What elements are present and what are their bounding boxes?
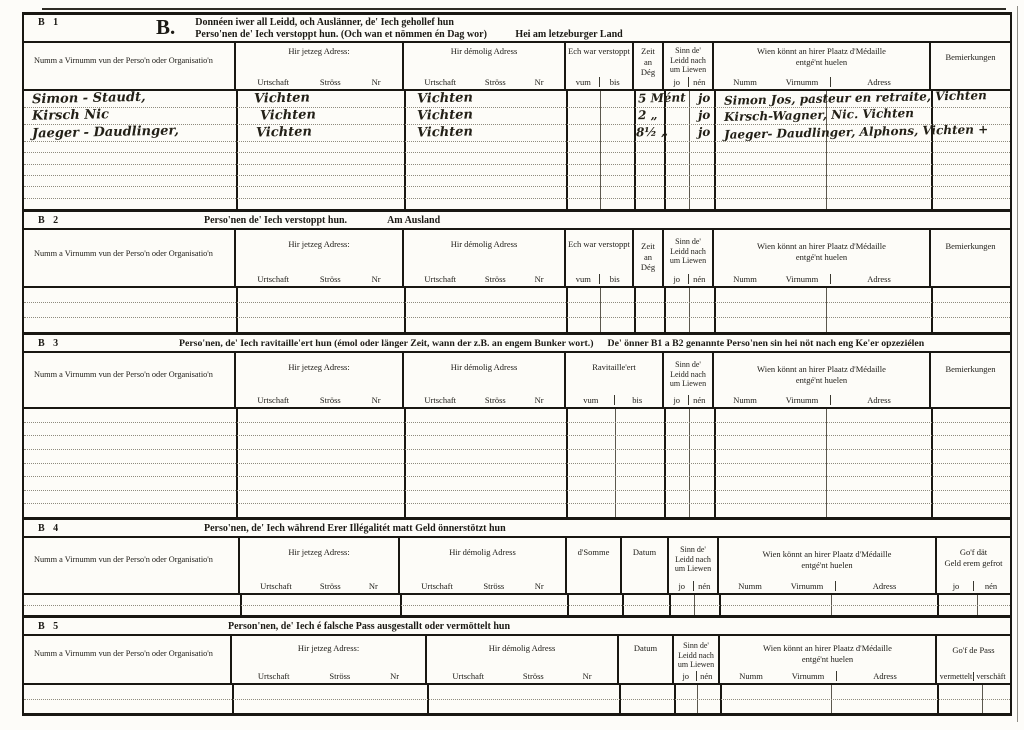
current-address-header: Hir jetzeg Adress:: [238, 356, 400, 373]
gof-geld-line2: Geld erem gefrot: [939, 558, 1008, 569]
sublabel-bis: bis: [599, 274, 631, 284]
col-money-returned: Go'f dät Geld erem gefrot jo nén: [937, 538, 1010, 593]
medal-sublabels: Numm Virnumm Adress: [716, 274, 927, 284]
col-name-header: Numm a Virnumm vun der Perso'n oder Orga…: [26, 46, 232, 65]
sublabel-virnumm: Virnumm: [780, 671, 836, 681]
entry-former-address: Vichten: [404, 108, 566, 124]
col-current-address: Hir jetzeg Adress: Urtschaft Ströss Nr: [232, 636, 427, 683]
sublabel-stross: Ströss: [329, 671, 350, 681]
sinn-line2: Leidd nach: [666, 247, 710, 257]
pass-sublabels: vermettelt verschäft: [939, 672, 1008, 681]
jo-nen-sublabels: jo nén: [666, 395, 710, 405]
sublabel-vermettelt: vermettelt: [939, 672, 973, 681]
col-current-address: Hir jetzeg Adress: Urtschaft Ströss Nr: [236, 353, 404, 407]
sublabel-nen: nén: [688, 77, 711, 87]
remarks-header: Bemierkungen: [933, 46, 1008, 63]
remarks-header: Bemierkungen: [933, 233, 1008, 252]
hidden-period-header: Ech war verstoppt: [568, 46, 630, 57]
sublabel-nr: Nr: [535, 581, 544, 591]
sublabel-jo: jo: [939, 581, 973, 591]
sublabel-nen: nén: [693, 581, 716, 591]
section-b3-subtitle: De' önner B1 a B2 genannte Perso'nen sin…: [608, 338, 925, 349]
col-still-alive: Sinn de' Leidd nach um Liewen jo nén: [674, 636, 720, 683]
entry-medal-recipient: Kirsch-Wagner, Nic. Vichten: [714, 108, 1010, 124]
entry-medal-recipient: Simon Jos, pasteur en retraite, Vichten: [714, 91, 1010, 107]
pass-given-header: Go'f de Pass: [939, 639, 1008, 656]
section-b4-label: B 4: [24, 523, 156, 534]
col-current-address: Hir jetzeg Adress: Urtschaft Ströss Nr: [236, 43, 404, 89]
medal-line1: Wien könnt an hirer Plaatz d'Médaille: [721, 549, 933, 560]
sublabel-adress: Adress: [830, 395, 927, 405]
b1-title-line2: Perso'nen de' Iech verstoppt hun. (Och w…: [195, 29, 487, 40]
sublabel-jo: jo: [676, 671, 696, 681]
sublabel-urtschaft: Urtschaft: [424, 274, 456, 284]
section-b5-label: B 5: [24, 621, 156, 632]
gof-geld-line1: Go'f dät: [939, 547, 1008, 558]
col-former-address: Hir démolig Adress Urtschaft Ströss Nr: [404, 43, 566, 89]
sublabel-nen: nén: [973, 581, 1008, 591]
section-b3-body: [24, 409, 1010, 517]
zeit-header: Zeit an Dég: [636, 46, 660, 78]
datum-header: Datum: [624, 541, 665, 558]
zeit-line3: Dég: [636, 262, 660, 273]
address-sublabels: Urtschaft Ströss Nr: [234, 671, 423, 681]
sinn-line1: Sinn de': [671, 545, 715, 555]
col-name: Numm a Virnumm vun der Perso'n oder Orga…: [24, 230, 236, 286]
still-alive-header: Sinn de' Leidd nach um Liewen: [676, 639, 716, 670]
sublabel-adress: Adress: [830, 274, 927, 284]
sublabel-virnumm: Virnumm: [779, 581, 835, 591]
sublabel-numm: Numm: [716, 77, 774, 87]
entry-name: Kirsch Nic: [24, 108, 236, 124]
money-returned-header: Go'f dät Geld erem gefrot: [939, 541, 1008, 568]
zeit-line1: Zeit: [636, 46, 660, 57]
sublabel-nr: Nr: [583, 671, 592, 681]
ravitailleert-header: Ravitaille'ert: [568, 356, 660, 373]
sublabel-urtschaft: Urtschaft: [257, 77, 289, 87]
sublabel-numm: Numm: [722, 671, 780, 681]
section-b1-body: Simon - Staudt, Vichten Vichten 5 Mént j…: [24, 91, 1010, 209]
col-current-address: Hir jetzeg Adress: Urtschaft Ströss Nr: [236, 230, 404, 286]
b1-title-line1: Donnéen iwer all Leidd, och Auslänner, d…: [195, 17, 622, 29]
section-b4-title: Perso'nen, de' Iech während Erer Illégal…: [204, 523, 506, 534]
jo-nen-sublabels: jo nén: [671, 581, 715, 591]
datum-header: Datum: [621, 639, 670, 654]
entry-duration: 2 „: [634, 108, 664, 124]
entry-duration: 5 Mént: [634, 91, 664, 107]
col-name: Numm a Virnumm vun der Perso'n oder Orga…: [24, 43, 236, 89]
sublabel-urtschaft: Urtschaft: [424, 77, 456, 87]
section-b3-header-row: Numm a Virnumm vun der Perso'n oder Orga…: [24, 353, 1010, 409]
col-remarks: Bemierkungen: [931, 353, 1010, 407]
zeit-header: Zeit an Dég: [636, 233, 660, 273]
scanned-form-page: B 1 B. Donnéen iwer all Leidd, och Auslä…: [0, 0, 1024, 730]
address-sublabels: Urtschaft Ströss Nr: [402, 581, 563, 591]
jo-nen-sublabels: jo nén: [939, 581, 1008, 591]
sublabel-nr: Nr: [372, 395, 381, 405]
col-former-address: Hir démolig Adress Urtschaft Ströss Nr: [400, 538, 567, 593]
sublabel-adress: Adress: [830, 77, 927, 87]
col-name: Numm a Virnumm vun der Perso'n oder Orga…: [24, 538, 240, 593]
section-b5-header-row: Numm a Virnumm vun der Perso'n oder Orga…: [24, 636, 1010, 685]
medal-sublabels: Numm Virnumm Adress: [716, 77, 927, 87]
entry-name: Jaeger - Daudlinger,: [24, 125, 236, 141]
sublabel-urtschaft: Urtschaft: [452, 671, 484, 681]
scan-top-line-artifact: [42, 8, 1006, 10]
former-address-header: Hir démolig Adress: [402, 541, 563, 558]
sinn-line3: um Liewen: [666, 379, 710, 389]
current-address-header: Hir jetzeg Adress:: [238, 46, 400, 57]
zeit-line3: Dég: [636, 67, 660, 78]
current-address-header: Hir jetzeg Adress:: [242, 541, 396, 558]
section-b1: B 1 B. Donnéen iwer all Leidd, och Auslä…: [24, 15, 1010, 209]
medal-line2: entgé'nt huelen: [716, 375, 927, 386]
address-sublabels: Urtschaft Ströss Nr: [242, 581, 396, 591]
vum-bis-sublabels: vum bis: [568, 77, 630, 87]
jo-nen-sublabels: jo nén: [666, 274, 710, 284]
medal-header: Wien könnt an hirer Plaatz d'Médaille en…: [716, 356, 927, 385]
section-b2-title-row: B 2 Perso'nen de' Iech verstoppt hun. Am…: [24, 212, 1010, 230]
sublabel-numm: Numm: [721, 581, 779, 591]
sublabel-urtschaft: Urtschaft: [257, 274, 289, 284]
sublabel-nr: Nr: [535, 77, 544, 87]
sublabel-nr: Nr: [535, 395, 544, 405]
sublabel-virnumm: Virnumm: [774, 77, 830, 87]
somme-header: d'Somme: [569, 541, 618, 558]
sublabel-nr: Nr: [369, 581, 378, 591]
sublabel-nen: nén: [688, 274, 711, 284]
section-b2: B 2 Perso'nen de' Iech verstoppt hun. Am…: [24, 209, 1010, 332]
former-address-header: Hir démolig Adress: [429, 639, 615, 654]
sublabel-numm: Numm: [716, 395, 774, 405]
sublabel-jo: jo: [666, 77, 688, 87]
former-address-header: Hir démolig Adress: [406, 46, 562, 57]
sublabel-urtschaft: Urtschaft: [258, 671, 290, 681]
entry-former-address: Vichten: [404, 91, 566, 107]
col-former-address: Hir démolig Adress Urtschaft Ströss Nr: [404, 230, 566, 286]
section-b1-title: Donnéen iwer all Leidd, och Auslänner, d…: [195, 17, 622, 41]
section-b3-title: Perso'nen, de' Iech ravitaille'ert hun (…: [179, 338, 594, 349]
sublabel-jo: jo: [671, 581, 693, 591]
col-medal-recipient: Wien könnt an hirer Plaatz d'Médaille en…: [714, 43, 931, 89]
sinn-line3: um Liewen: [666, 256, 710, 266]
col-somme: d'Somme: [567, 538, 622, 593]
entry-current-address: Vichten: [236, 91, 404, 107]
sublabel-vum: vum: [568, 395, 614, 405]
still-alive-header: Sinn de' Leidd nach um Liewen: [666, 46, 710, 75]
entry-name: Simon - Staudt,: [24, 91, 236, 107]
col-zeit-an-deg: Zeit an Dég: [634, 230, 664, 286]
sinn-line2: Leidd nach: [666, 370, 710, 380]
section-b4-body: [24, 595, 1010, 615]
section-b2-label: B 2: [24, 215, 156, 226]
sublabel-nr: Nr: [390, 671, 399, 681]
medal-sublabels: Numm Virnumm Adress: [721, 581, 933, 591]
col-medal-recipient: Wien könnt an hirer Plaatz d'Médaille en…: [719, 538, 937, 593]
entry-former-address: Vichten: [404, 125, 566, 141]
sublabel-virnumm: Virnumm: [774, 395, 830, 405]
sublabel-vum: vum: [568, 274, 599, 284]
sublabel-urtschaft: Urtschaft: [257, 395, 289, 405]
sublabel-virnumm: Virnumm: [774, 274, 830, 284]
col-name: Numm a Virnumm vun der Perso'n oder Orga…: [24, 636, 232, 683]
col-remarks: Bemierkungen: [931, 43, 1010, 89]
col-still-alive: Sinn de' Leidd nach um Liewen jo nén: [664, 43, 714, 89]
section-b1-header-row: Numm a Virnumm vun der Perso'n oder Orga…: [24, 43, 1010, 91]
sublabel-stross: Ströss: [320, 395, 341, 405]
address-sublabels: Urtschaft Ströss Nr: [238, 395, 400, 405]
still-alive-header: Sinn de' Leidd nach um Liewen: [671, 541, 715, 574]
sublabel-stross: Ströss: [485, 274, 506, 284]
medal-line1: Wien könnt an hirer Plaatz d'Médaille: [716, 241, 927, 252]
entry-alive-jo: jo: [664, 108, 714, 124]
col-hidden-period: Ech war verstoppt vum bis: [566, 43, 634, 89]
sublabel-stross: Ströss: [320, 274, 341, 284]
address-sublabels: Urtschaft Ströss Nr: [406, 274, 562, 284]
former-address-header: Hir démolig Adress: [406, 233, 562, 250]
sublabel-bis: bis: [599, 77, 631, 87]
medal-line1: Wien könnt an hirer Plaatz d'Médaille: [716, 364, 927, 375]
b1-entry-row: Simon - Staudt, Vichten Vichten 5 Mént j…: [24, 91, 1010, 108]
col-former-address: Hir démolig Adress Urtschaft Ströss Nr: [404, 353, 566, 407]
section-b2-body: [24, 288, 1010, 332]
sublabel-bis: bis: [614, 395, 661, 405]
section-b1-label: B 1: [24, 17, 156, 28]
sublabel-adress: Adress: [835, 581, 933, 591]
b1-title-line2b: Hei am letzeburger Land: [515, 29, 622, 40]
col-pass-given: Go'f de Pass vermettelt verschäft: [937, 636, 1010, 683]
col-hidden-period: Ech war verstoppt vum bis: [566, 230, 634, 286]
sublabel-stross: Ströss: [483, 581, 504, 591]
col-still-alive: Sinn de' Leidd nach um Liewen jo nén: [664, 353, 714, 407]
address-sublabels: Urtschaft Ströss Nr: [429, 671, 615, 681]
section-b2-subtitle: Am Ausland: [387, 215, 440, 226]
section-b1-title-row: B 1 B. Donnéen iwer all Leidd, och Auslä…: [24, 15, 1010, 43]
still-alive-header: Sinn de' Leidd nach um Liewen: [666, 356, 710, 389]
remarks-header: Bemierkungen: [933, 356, 1008, 375]
section-b5: B 5 Person'nen, de' Iech é falsche Pass …: [24, 615, 1010, 713]
col-datum: Datum: [619, 636, 674, 683]
medal-line2: entgé'nt huelen: [721, 560, 933, 571]
sinn-line3: um Liewen: [671, 564, 715, 574]
sublabel-jo: jo: [666, 395, 688, 405]
entry-current-address: Vichten: [236, 125, 404, 141]
medal-header: Wien könnt an hirer Plaatz d'Médaille en…: [721, 541, 933, 570]
zeit-line2: an: [636, 57, 660, 68]
zeit-line2: an: [636, 252, 660, 263]
vum-bis-sublabels: vum bis: [568, 274, 630, 284]
sinn-line1: Sinn de': [666, 46, 710, 56]
vum-bis-sublabels: vum bis: [568, 395, 660, 405]
sinn-line2: Leidd nach: [666, 56, 710, 66]
address-sublabels: Urtschaft Ströss Nr: [238, 274, 400, 284]
section-b4: B 4 Perso'nen, de' Iech während Erer Ill…: [24, 517, 1010, 615]
sublabel-nr: Nr: [372, 274, 381, 284]
section-b3: B 3 Perso'nen, de' Iech ravitaille'ert h…: [24, 332, 1010, 517]
hidden-period-header: Ech war verstoppt: [568, 233, 630, 250]
col-former-address: Hir démolig Adress Urtschaft Ströss Nr: [427, 636, 619, 683]
section-b3-title-row: B 3 Perso'nen, de' Iech ravitaille'ert h…: [24, 335, 1010, 353]
address-sublabels: Urtschaft Ströss Nr: [406, 395, 562, 405]
col-name: Numm a Virnumm vun der Perso'n oder Orga…: [24, 353, 236, 407]
sublabel-nen: nén: [696, 671, 717, 681]
col-datum: Datum: [622, 538, 669, 593]
section-b2-header-row: Numm a Virnumm vun der Perso'n oder Orga…: [24, 230, 1010, 288]
medal-line1: Wien könnt an hirer Plaatz d'Médaille: [722, 643, 933, 654]
jo-nen-sublabels: jo nén: [666, 77, 710, 87]
sinn-line2: Leidd nach: [676, 651, 716, 661]
col-medal-recipient: Wien könnt an hirer Plaatz d'Médaille en…: [720, 636, 937, 683]
section-b4-title-row: B 4 Perso'nen, de' Iech während Erer Ill…: [24, 520, 1010, 538]
col-medal-recipient: Wien könnt an hirer Plaatz d'Médaille en…: [714, 353, 931, 407]
sublabel-urtschaft: Urtschaft: [424, 395, 456, 405]
col-zeit-an-deg: Zeit an Dég: [634, 43, 664, 89]
medal-header: Wien könnt an hirer Plaatz d'Médaille en…: [716, 233, 927, 262]
col-still-alive: Sinn de' Leidd nach um Liewen jo nén: [664, 230, 714, 286]
medal-sublabels: Numm Virnumm Adress: [716, 395, 927, 405]
jo-nen-sublabels: jo nén: [676, 671, 716, 681]
b1-entry-row: Jaeger - Daudlinger, Vichten Vichten 8½ …: [24, 125, 1010, 142]
sublabel-stross: Ströss: [523, 671, 544, 681]
sublabel-urtschaft: Urtschaft: [421, 581, 453, 591]
current-address-header: Hir jetzeg Adress:: [234, 639, 423, 654]
address-sublabels: Urtschaft Ströss Nr: [406, 77, 562, 87]
sinn-line1: Sinn de': [666, 360, 710, 370]
col-current-address: Hir jetzeg Adress: Urtschaft Ströss Nr: [240, 538, 400, 593]
address-sublabels: Urtschaft Ströss Nr: [238, 77, 400, 87]
form-frame: B 1 B. Donnéen iwer all Leidd, och Auslä…: [22, 12, 1012, 716]
col-name-header: Numm a Virnumm vun der Perso'n oder Orga…: [26, 639, 228, 658]
section-b3-label: B 3: [24, 338, 156, 349]
col-name-header: Numm a Virnumm vun der Perso'n oder Orga…: [26, 356, 232, 379]
section-b2-title: Perso'nen de' Iech verstoppt hun.: [204, 215, 347, 226]
section-b5-body: [24, 685, 1010, 713]
sublabel-stross: Ströss: [485, 395, 506, 405]
sublabel-verschaft: verschäft: [973, 672, 1008, 681]
sublabel-adress: Adress: [836, 671, 933, 681]
sublabel-urtschaft: Urtschaft: [260, 581, 292, 591]
section-b5-title: Person'nen, de' Iech é falsche Pass ausg…: [228, 621, 510, 632]
medal-line2: entgé'nt huelen: [716, 57, 927, 68]
sublabel-stross: Ströss: [320, 77, 341, 87]
sinn-line2: Leidd nach: [671, 555, 715, 565]
b1-entry-row: Kirsch Nic Vichten Vichten 2 „ jo Kirsch…: [24, 108, 1010, 125]
section-b4-header-row: Numm a Virnumm vun der Perso'n oder Orga…: [24, 538, 1010, 595]
col-still-alive: Sinn de' Leidd nach um Liewen jo nén: [669, 538, 719, 593]
medal-sublabels: Numm Virnumm Adress: [722, 671, 933, 681]
sublabel-vum: vum: [568, 77, 599, 87]
medal-header: Wien könnt an hirer Plaatz d'Médaille en…: [722, 639, 933, 664]
medal-line2: entgé'nt huelen: [716, 252, 927, 263]
still-alive-header: Sinn de' Leidd nach um Liewen: [666, 233, 710, 266]
current-address-header: Hir jetzeg Adress:: [238, 233, 400, 250]
sinn-line3: um Liewen: [666, 65, 710, 75]
col-name-header: Numm a Virnumm vun der Perso'n oder Orga…: [26, 541, 236, 564]
sublabel-nr: Nr: [535, 274, 544, 284]
zeit-line1: Zeit: [636, 241, 660, 252]
col-ravitailleert: Ravitaille'ert vum bis: [566, 353, 664, 407]
sublabel-numm: Numm: [716, 274, 774, 284]
medal-header: Wien könnt an hirer Plaatz d'Médaille en…: [716, 46, 927, 67]
scan-edge-line-artifact: [1017, 6, 1018, 722]
sublabel-stross: Ströss: [485, 77, 506, 87]
sublabel-nr: Nr: [372, 77, 381, 87]
col-name-header: Numm a Virnumm vun der Perso'n oder Orga…: [26, 233, 232, 258]
sublabel-jo: jo: [666, 274, 688, 284]
section-b5-title-row: B 5 Person'nen, de' Iech é falsche Pass …: [24, 618, 1010, 636]
sublabel-stross: Ströss: [320, 581, 341, 591]
medal-line1: Wien könnt an hirer Plaatz d'Médaille: [716, 46, 927, 57]
sublabel-nen: nén: [688, 395, 711, 405]
entry-alive-jo: jo: [664, 125, 714, 141]
entry-medal-recipient: Jaeger- Daudlinger, Alphons, Vichten +: [714, 125, 1010, 141]
entry-current-address: Vichten: [236, 108, 404, 124]
sinn-line3: um Liewen: [676, 660, 716, 670]
former-address-header: Hir démolig Adress: [406, 356, 562, 373]
col-medal-recipient: Wien könnt an hirer Plaatz d'Médaille en…: [714, 230, 931, 286]
form-letter-b: B.: [156, 17, 175, 37]
entry-duration: 8½ „: [634, 125, 664, 141]
col-remarks: Bemierkungen: [931, 230, 1010, 286]
sinn-line1: Sinn de': [666, 237, 710, 247]
medal-line2: entgé'nt huelen: [722, 654, 933, 665]
sinn-line1: Sinn de': [676, 641, 716, 651]
